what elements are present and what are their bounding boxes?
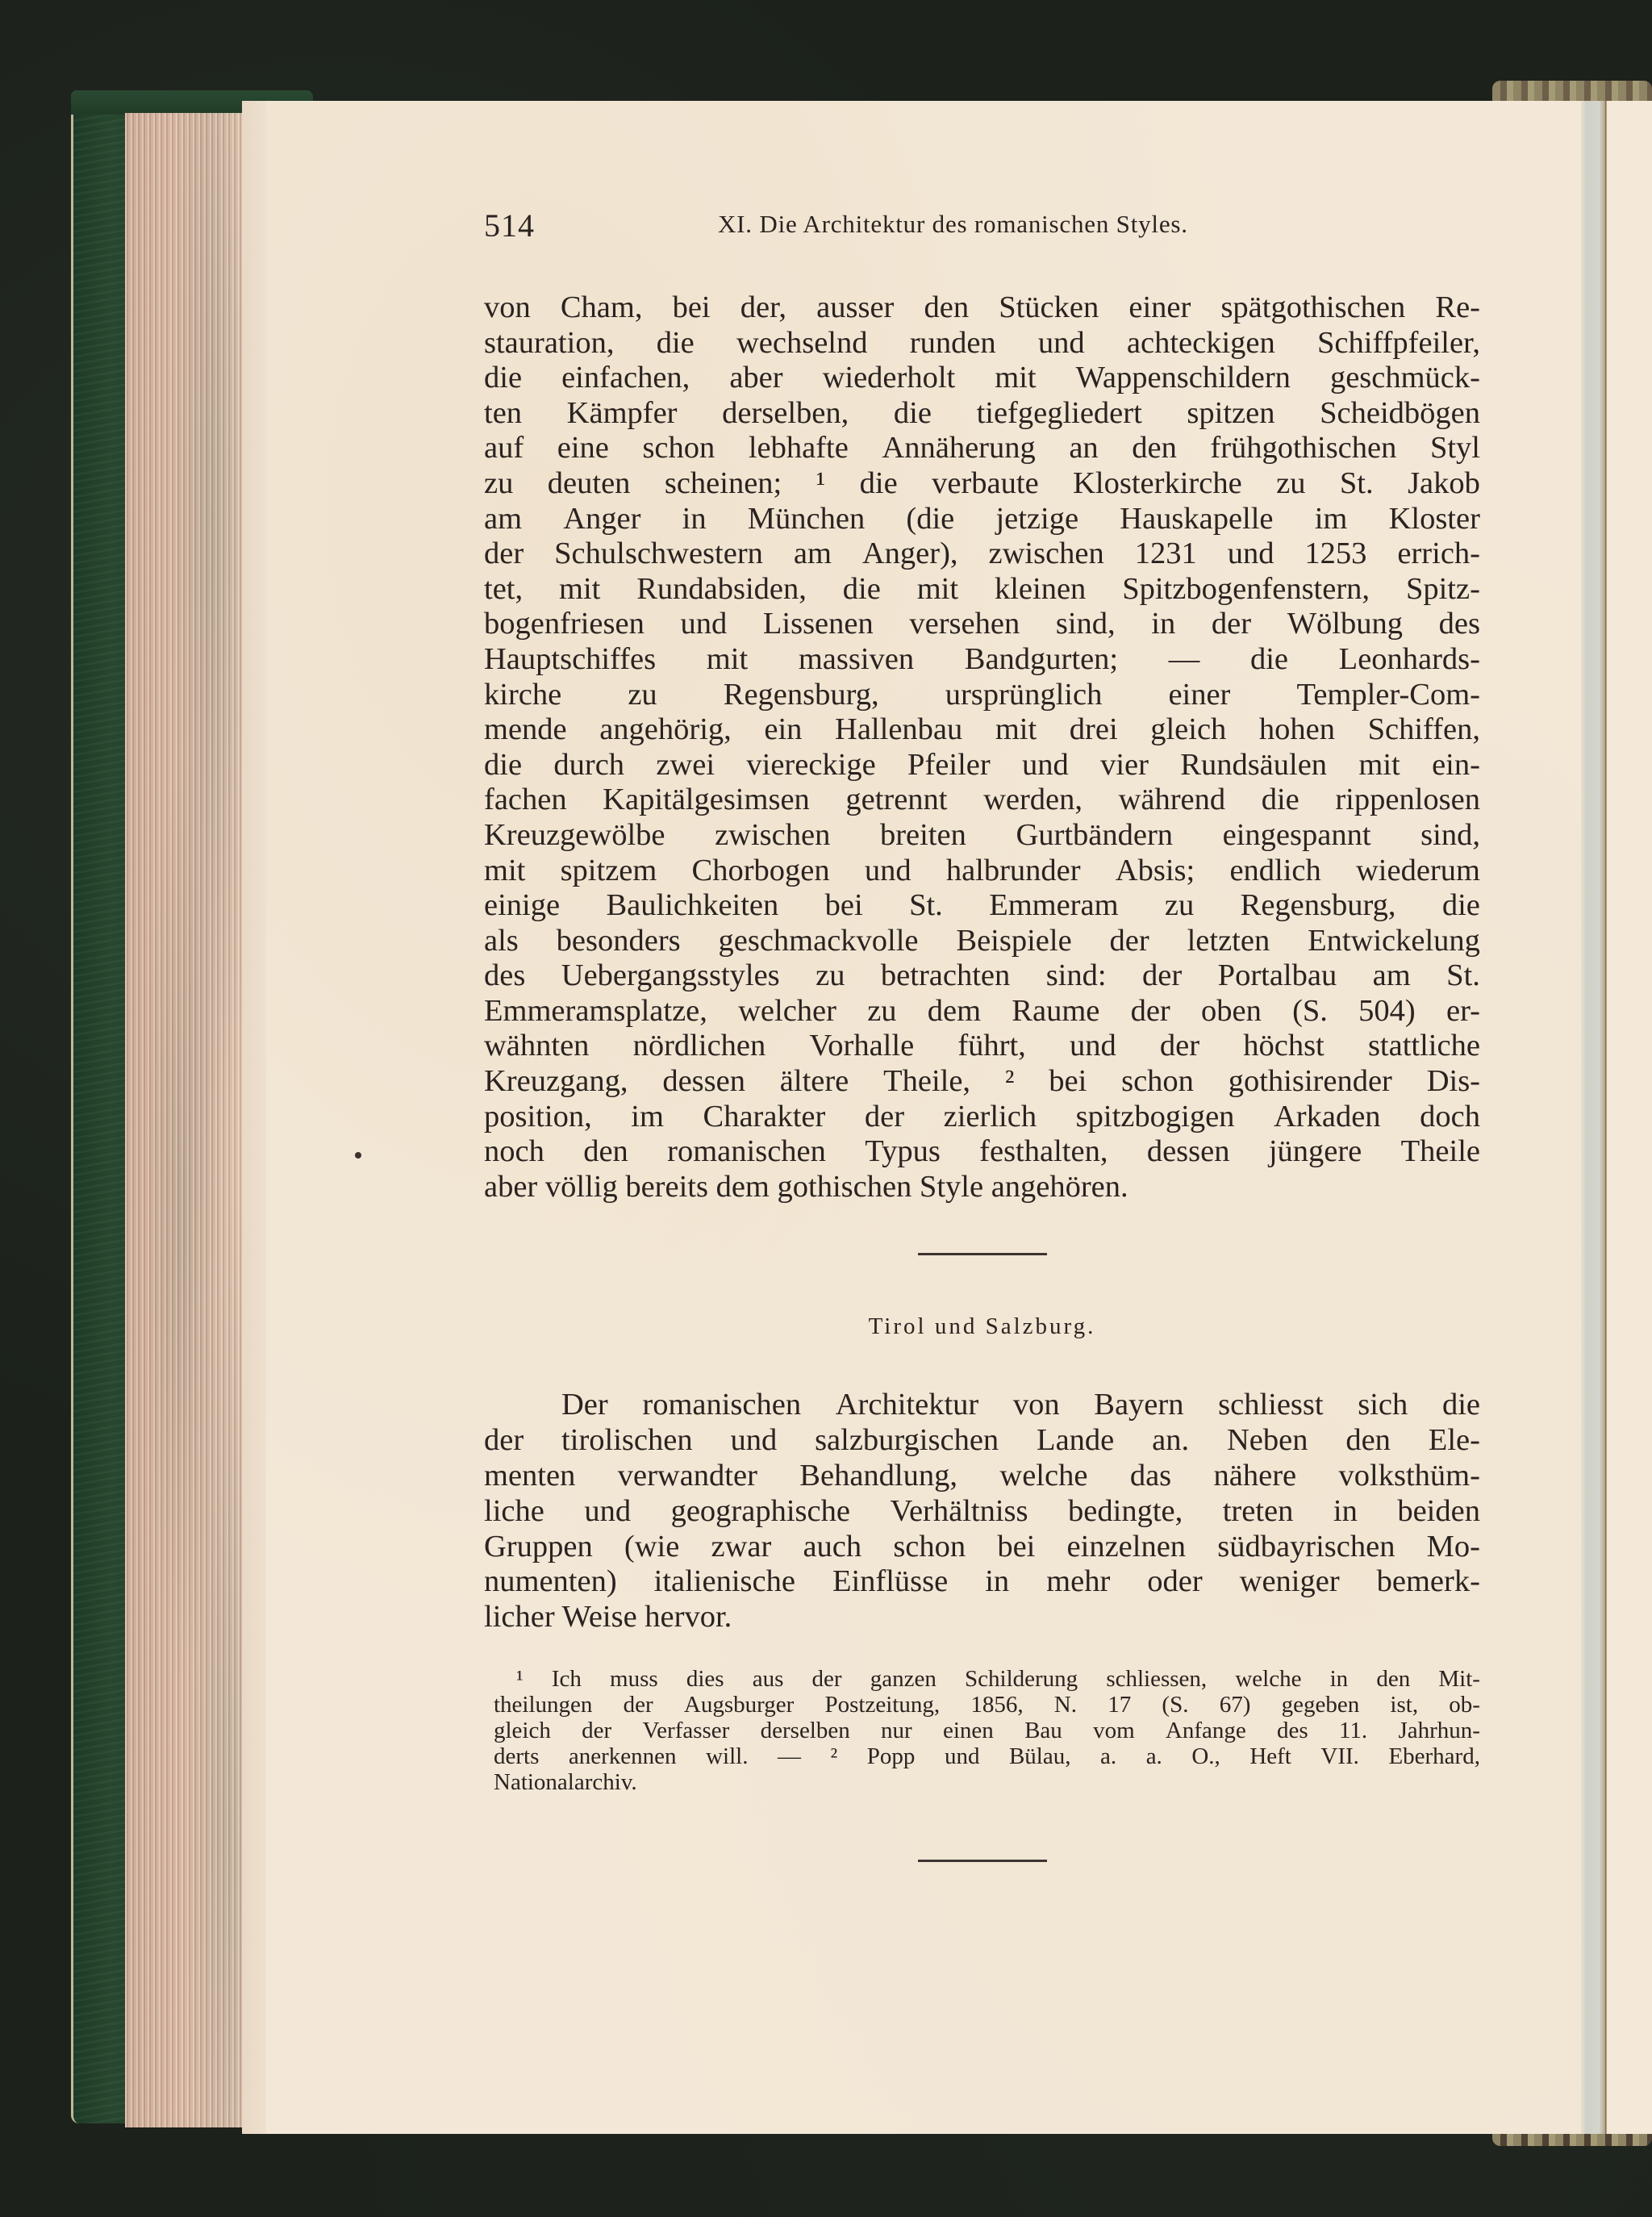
- section-divider: [918, 1253, 1047, 1255]
- footnote-line: dertsanerkennenwill.—²PoppundBülau,a.a.O…: [494, 1743, 1480, 1769]
- text-line: stauration,diewechselndrundenundachtecki…: [484, 326, 1480, 361]
- text-line: desUebergangsstyleszubetrachtensind:derP…: [484, 958, 1480, 994]
- running-head: 514 XI. Die Architektur des romanischen …: [484, 202, 1480, 258]
- text-line: wähntennördlichenVorhalleführt,undderhöc…: [484, 1029, 1480, 1064]
- footnote-end-divider: [918, 1860, 1047, 1862]
- text-line: mitspitzemChorbogenundhalbrunderAbsis;en…: [484, 854, 1480, 889]
- text-line: nochdenromanischenTypusfesthalten,dessen…: [484, 1134, 1480, 1170]
- text-line: HauptschiffesmitmassivenBandgurten;—dieL…: [484, 642, 1480, 678]
- text-line: licheundgeographischeVerhältnissbedingte…: [484, 1494, 1480, 1530]
- text-line: dieeinfachen,aberwiederholtmitWappenschi…: [484, 361, 1480, 396]
- facing-page-sliver: [1607, 101, 1652, 2134]
- text-line: kirchezuRegensburg,ursprünglicheinerTemp…: [484, 678, 1480, 713]
- ink-speck: [355, 1152, 361, 1159]
- paragraph-1: vonCham,beider,ausserdenStückeneinerspät…: [484, 290, 1480, 1205]
- text-line: bogenfriesenundLissenenversehensind,inde…: [484, 607, 1480, 642]
- page-gutter: [1581, 101, 1607, 2134]
- text-line: aufeineschonlebhafteAnnäherungandenfrühg…: [484, 431, 1480, 466]
- text-line: zudeutenscheinen;¹dieverbauteKlosterkirc…: [484, 466, 1480, 502]
- section-heading: Tirol und Salzburg.: [484, 1313, 1480, 1346]
- text-line: Kreuzgang,dessenältereTheile,²beischongo…: [484, 1064, 1480, 1100]
- text-line: vonCham,beider,ausserdenStückeneinerspät…: [484, 290, 1480, 326]
- binding-top-headband: [1492, 81, 1652, 103]
- text-line: KreuzgewölbezwischenbreitenGurtbändernei…: [484, 818, 1480, 854]
- text-line: einigeBaulichkeitenbeiSt.EmmeramzuRegens…: [484, 888, 1480, 924]
- text-line: alsbesondersgeschmackvolleBeispielederle…: [484, 924, 1480, 959]
- text-line: aber völlig bereits dem gothischen Style…: [484, 1170, 1480, 1205]
- text-line: licher Weise hervor.: [484, 1600, 1480, 1635]
- text-line: fachenKapitälgesimsengetrenntwerden,währ…: [484, 783, 1480, 818]
- text-line: position,imCharakterderzierlichspitzbogi…: [484, 1100, 1480, 1135]
- text-line: amAngerinMünchen(diejetzigeHauskapelleim…: [484, 502, 1480, 537]
- text-line: numenten)italienischeEinflüsseinmehroder…: [484, 1564, 1480, 1600]
- footnote-line: theilungenderAugsburgerPostzeitung,1856,…: [494, 1692, 1480, 1718]
- text-line: DerromanischenArchitekturvonBayernschlie…: [484, 1388, 1480, 1423]
- footnote-line: Nationalarchiv.: [494, 1769, 1480, 1795]
- text-line: diedurchzweiviereckigePfeilerundvierRund…: [484, 748, 1480, 783]
- text-line: Emmeramsplatze,welcherzudemRaumederoben(…: [484, 994, 1480, 1029]
- paragraph-2: DerromanischenArchitekturvonBayernschlie…: [484, 1388, 1480, 1635]
- page-number: 514: [484, 207, 535, 244]
- text-line: dertirolischenundsalzburgischenLandean.N…: [484, 1423, 1480, 1459]
- footnotes: ¹IchmussdiesausderganzenSchilderungschli…: [484, 1666, 1480, 1795]
- text-line: tenKämpferderselben,dietiefgegliedertspi…: [484, 396, 1480, 432]
- chapter-title: XI. Die Architektur des romanischen Styl…: [718, 210, 1188, 239]
- page-text: 514 XI. Die Architektur des romanischen …: [484, 202, 1480, 1862]
- text-line: mendeangehörig,einHallenbaumitdreigleich…: [484, 712, 1480, 748]
- text-line: tet,mitRundabsiden,diemitkleinenSpitzbog…: [484, 572, 1480, 607]
- text-line: Gruppen(wiezwarauchschonbeieinzelnensüdb…: [484, 1530, 1480, 1565]
- footnote-line: gleichderVerfasserderselbennureinenBauvo…: [494, 1718, 1480, 1743]
- text-line: derSchulschwesternamAnger),zwischen1231u…: [484, 537, 1480, 572]
- footnote-line: ¹IchmussdiesausderganzenSchilderungschli…: [494, 1666, 1480, 1692]
- text-line: mentenverwandterBehandlung,welchedasnähe…: [484, 1459, 1480, 1494]
